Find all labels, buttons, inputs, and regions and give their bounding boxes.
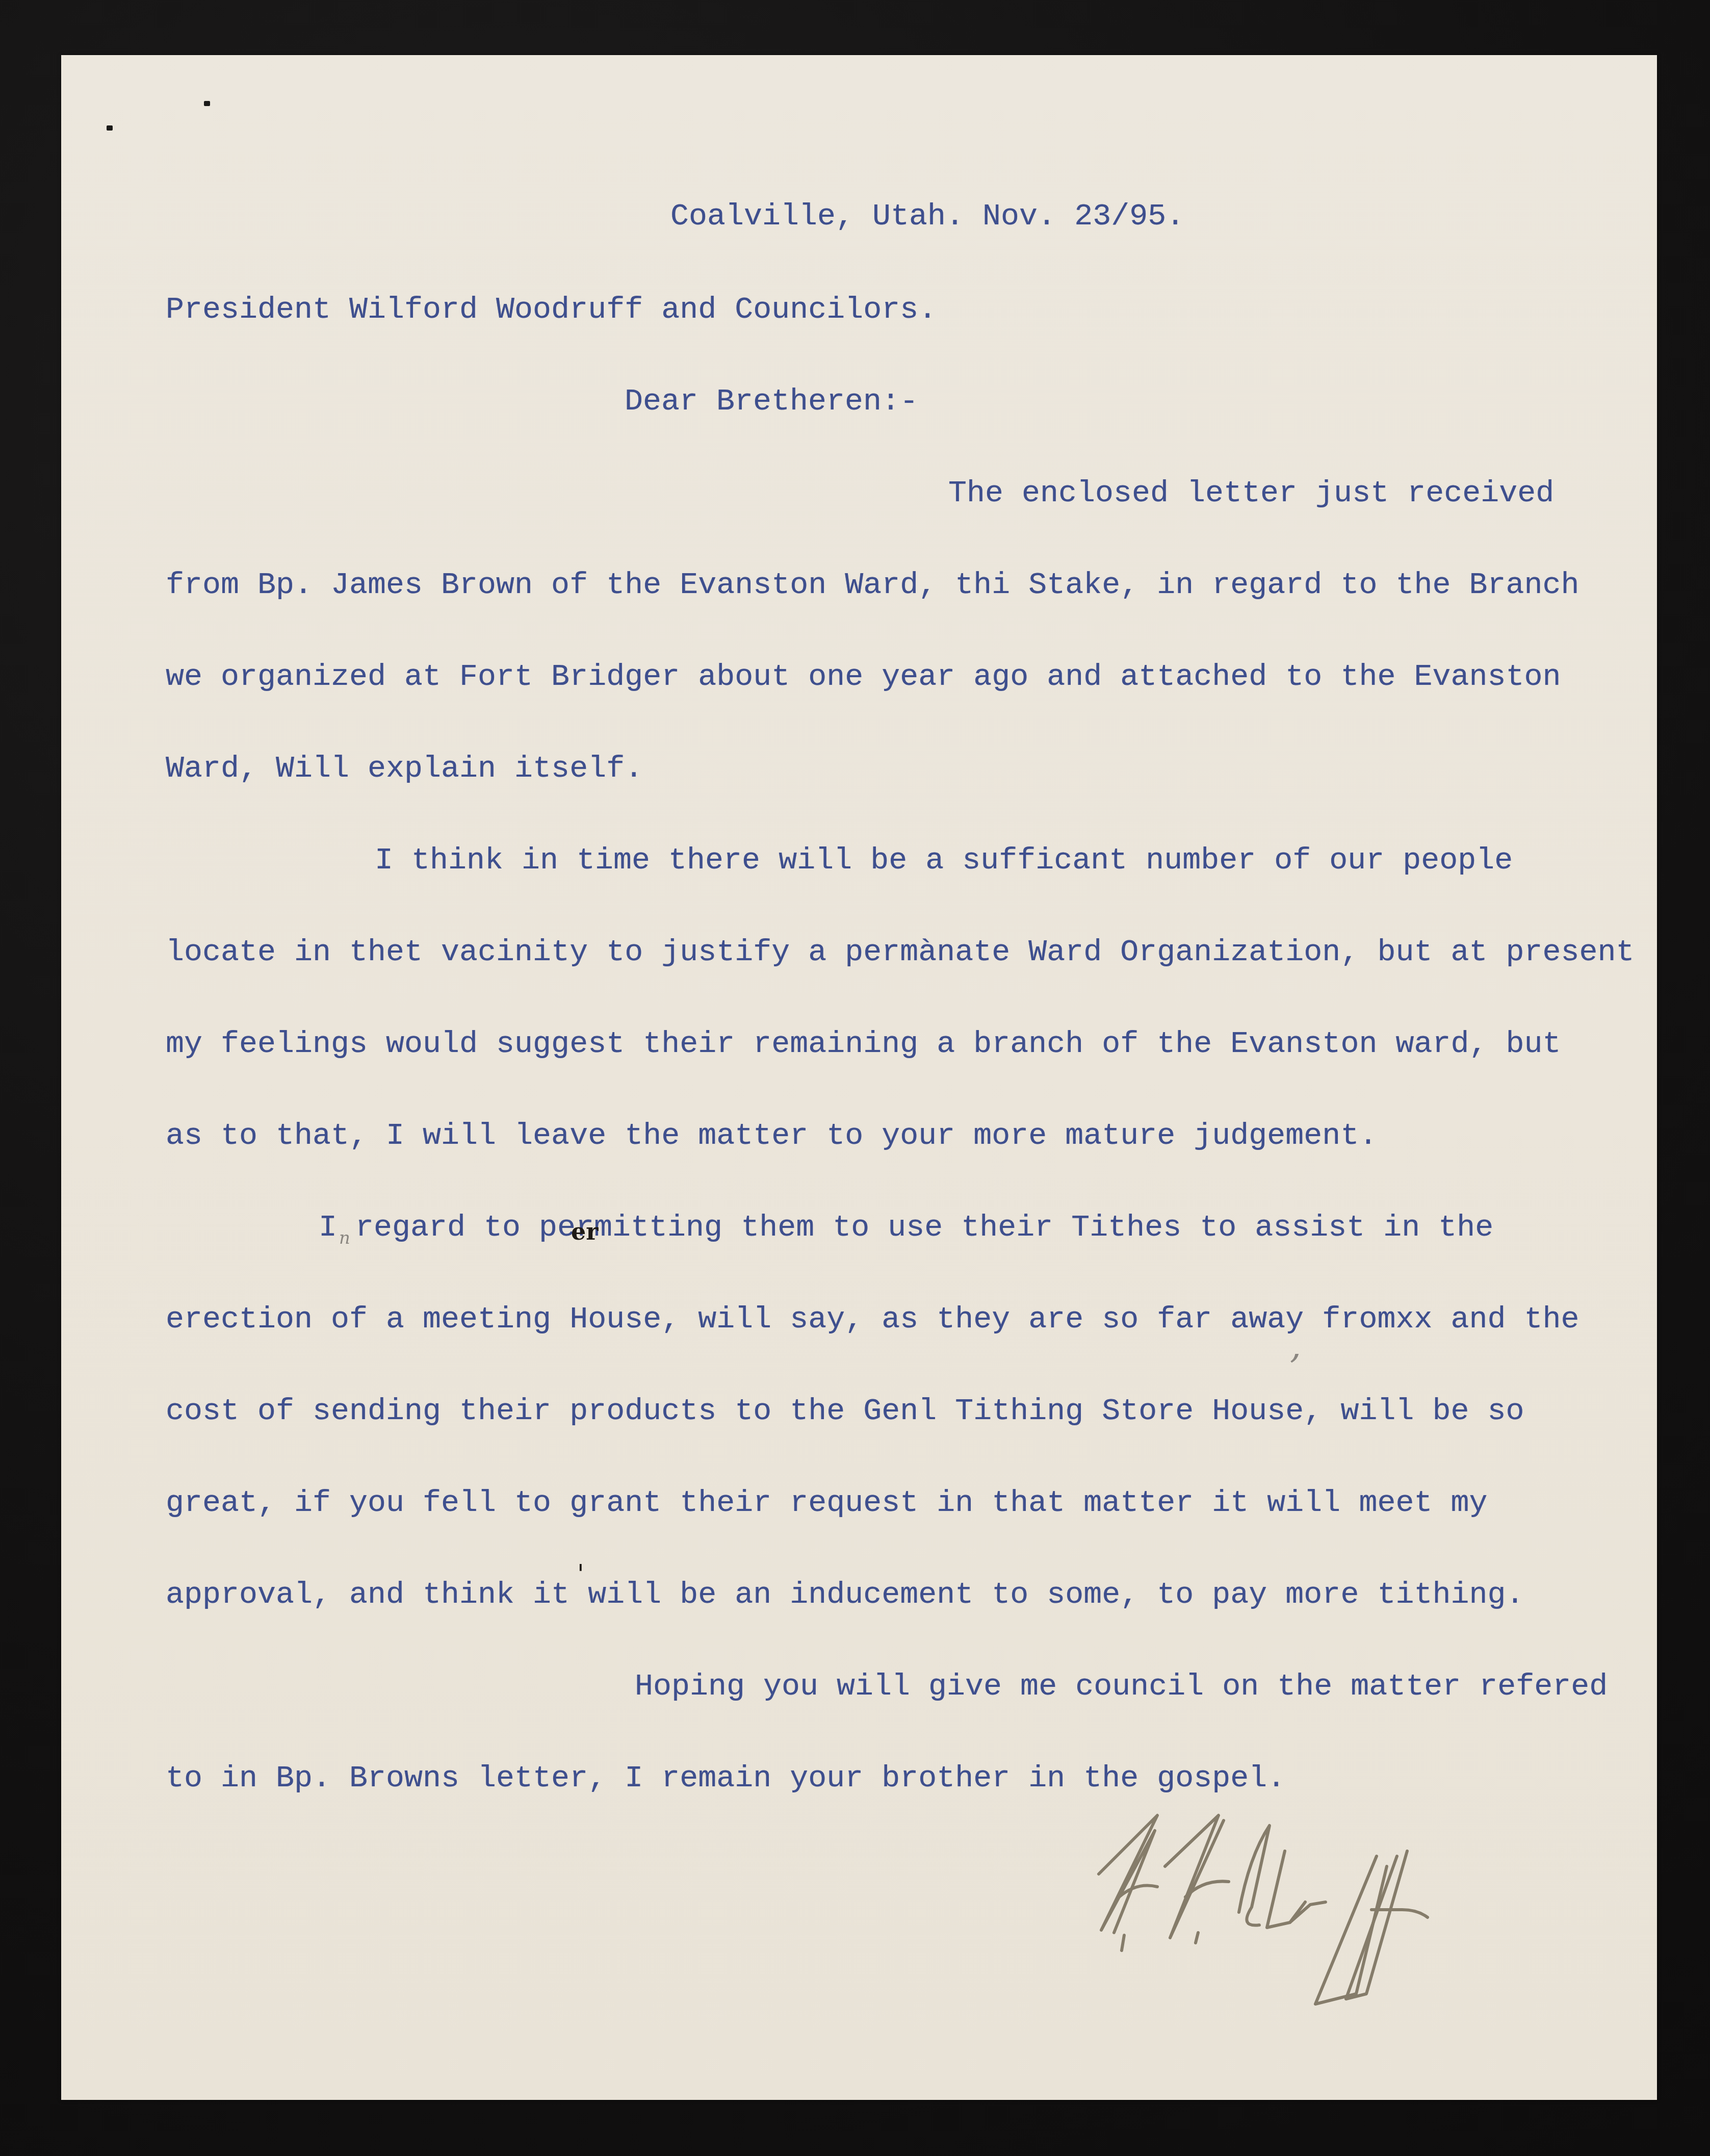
body-line-11: cost of sending their products to the Ge… (166, 1394, 1524, 1429)
body-line-3: we organized at Fort Bridger about one y… (166, 659, 1561, 695)
dateline: Coalville, Utah. Nov. 23/95. (670, 199, 1184, 235)
body-line-1: The enclosed letter just received (948, 476, 1554, 511)
letter-page: Coalville, Utah. Nov. 23/95. President W… (61, 55, 1657, 2100)
body-line-2: from Bp. James Brown of the Evanston War… (166, 568, 1579, 603)
body-line-7: my feelings would suggest their remainin… (166, 1026, 1561, 1062)
ink-blot: ' (577, 1559, 584, 1589)
pencil-comma: , (1290, 1325, 1301, 1367)
punch-hole-right (204, 101, 210, 106)
signature (1071, 1795, 1642, 2014)
salutation: Dear Bretheren:- (625, 384, 918, 420)
body-line-4: Ward, Will explain itself. (166, 751, 643, 787)
body-line-14: Hoping you will give me council on the m… (635, 1669, 1608, 1705)
body-line-9: I regard to permitting them to use their… (319, 1210, 1493, 1246)
addressee: President Wilford Woodruff and Councilor… (166, 292, 937, 328)
signature-w-w-cluff-icon (1071, 1795, 1642, 2014)
body-line-12: great, if you fell to grant their reques… (166, 1485, 1487, 1521)
ink-correction-er: er (571, 1218, 599, 1245)
punch-hole-left (107, 125, 113, 131)
body-line-13: approval, and think it will be an induce… (166, 1577, 1524, 1613)
body-line-8: as to that, I will leave the matter to y… (166, 1118, 1377, 1154)
body-line-15: to in Bp. Browns letter, I remain your b… (166, 1761, 1285, 1796)
body-line-10: erection of a meeting House, will say, a… (166, 1302, 1579, 1338)
body-line-5: I think in time there will be a suffican… (375, 843, 1513, 879)
body-line-6: locate in thet vacinity to justify a per… (166, 935, 1634, 970)
pencil-insert-n: n (339, 1228, 350, 1248)
